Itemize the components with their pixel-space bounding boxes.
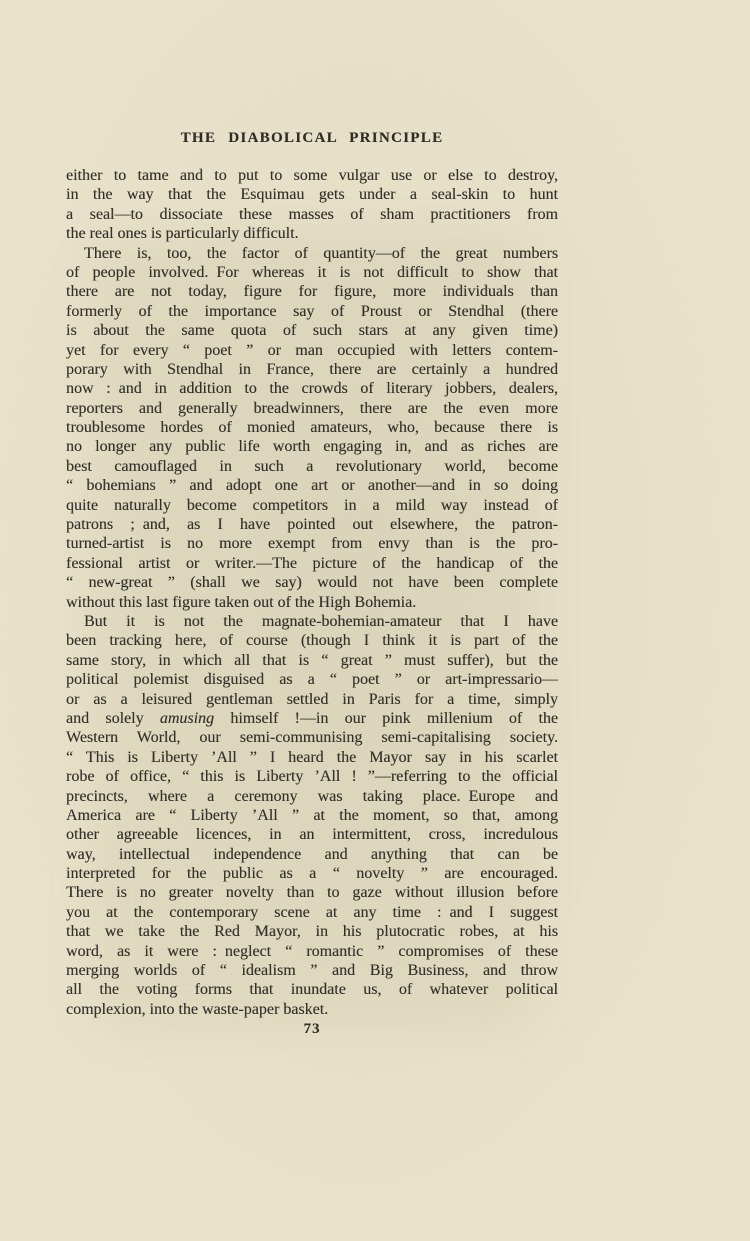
book-page: THE DIABOLICAL PRINCIPLE either to tame … [0,0,750,1241]
text-line: yet for every “ poet ” or man occupied w… [66,341,558,360]
text-line: other agreeable licences, in an intermit… [66,825,558,844]
text-line: all the voting forms that inundate us, o… [66,980,558,999]
text-line: troublesome hordes of monied amateurs, w… [66,418,558,437]
text-line: turned-artist is no more exempt from env… [66,534,558,553]
text-line: precincts, where a ceremony was taking p… [66,787,558,806]
text-line: way, intellectual independence and anyth… [66,845,558,864]
text-line: “ This is Liberty ’All ” I heard the May… [66,748,558,767]
text-line: that we take the Red Mayor, in his pluto… [66,922,558,941]
body-text: either to tame and to put to some vulgar… [66,166,558,1019]
text-line: merging worlds of “ idealism ” and Big B… [66,961,558,980]
text-line: you at the contemporary scene at any tim… [66,903,558,922]
text-line: been tracking here, of course (though I … [66,631,558,650]
text-line: either to tame and to put to some vulgar… [66,166,558,185]
text-line: interpreted for the public as a “ novelt… [66,864,558,883]
text-line: reporters and generally breadwinners, th… [66,399,558,418]
text-line: America are “ Liberty ’All ” at the mome… [66,806,558,825]
text-line: Western World, our semi-communising semi… [66,728,558,747]
text-line: same story, in which all that is “ great… [66,651,558,670]
text-line: “ bohemians ” and adopt one art or anoth… [66,476,558,495]
text-line: There is, too, the factor of quantity—of… [66,244,558,263]
text-line: best camouflaged in such a revolutionary… [66,457,558,476]
text-line: without this last figure taken out of th… [66,593,558,612]
text-line: of people involved. For whereas it is no… [66,263,558,282]
text-line: no longer any public life worth engaging… [66,437,558,456]
paragraph: There is, too, the factor of quantity—of… [66,244,558,612]
text-line: patrons ; and, as I have pointed out els… [66,515,558,534]
text-line: there are not today, figure for figure, … [66,282,558,301]
paragraph: either to tame and to put to some vulgar… [66,166,558,244]
text-line: robe of office, “ this is Liberty ’All !… [66,767,558,786]
text-line: But it is not the magnate-bohemian-amate… [66,612,558,631]
text-line: the real ones is particularly difficult. [66,224,558,243]
text-line: complexion, into the waste-paper basket. [66,1000,558,1019]
running-header: THE DIABOLICAL PRINCIPLE [66,130,558,147]
text-line: and solely amusing himself !—in our pink… [66,709,558,728]
text-line: quite naturally become competitors in a … [66,496,558,515]
text-line: fessional artist or writer.—The picture … [66,554,558,573]
text-line: or as a leisured gentleman settled in Pa… [66,690,558,709]
text-line: political polemist disguised as a “ poet… [66,670,558,689]
text-line: is about the same quota of such stars at… [66,321,558,340]
italic-text: amusing [160,710,214,727]
text-line: “ new-great ” (shall we say) would not h… [66,573,558,592]
text-line: formerly of the importance say of Proust… [66,302,558,321]
text-line: a seal—to dissociate these masses of sha… [66,205,558,224]
paragraph: But it is not the magnate-bohemian-amate… [66,612,558,1019]
text-line: now : and in addition to the crowds of l… [66,379,558,398]
text-line: word, as it were : neglect “ romantic ” … [66,942,558,961]
text-line: porary with Stendhal in France, there ar… [66,360,558,379]
page-number: 73 [66,1021,558,1038]
text-line: There is no greater novelty than to gaze… [66,883,558,902]
text-line: in the way that the Esquimau gets under … [66,185,558,204]
